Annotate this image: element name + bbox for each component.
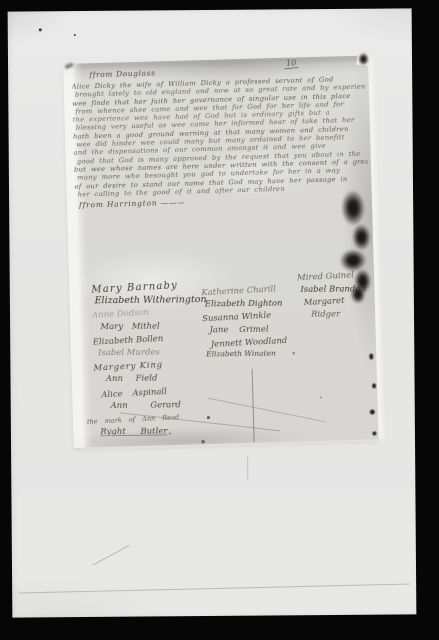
letter-heading: ffrom Douglass — [89, 68, 156, 79]
crease-line — [247, 456, 248, 480]
scratch-line — [208, 398, 326, 423]
speck-cluster — [63, 64, 64, 65]
crease-line — [18, 584, 410, 594]
manuscript-page: 10 ffrom Douglass Alice Dicky the wife o… — [63, 55, 379, 447]
dust-speck — [74, 34, 76, 36]
dust-speck — [39, 28, 42, 31]
edge-damage-blot — [341, 190, 366, 227]
letter-closing: ffrom Harrington ——— — [79, 198, 186, 210]
scratch-line — [92, 545, 129, 566]
edge-damage-blot — [350, 285, 366, 304]
edge-damage-speck — [372, 383, 376, 388]
letter-body: Alice Dicky the wife of William Dicky a … — [72, 75, 369, 199]
edge-damage-speck — [370, 409, 375, 414]
edge-damage-speck — [369, 353, 373, 359]
signature-column-middle: Katherine Charill Elizabeth Dighton Susa… — [201, 284, 288, 361]
signature: Ridger — [311, 308, 367, 321]
edge-damage-blot — [352, 223, 372, 251]
signature: Ryght Butler — [100, 425, 210, 439]
crease-line — [252, 369, 255, 442]
corner-scribble — [65, 62, 74, 69]
signature: Elizabeth Winaten — [206, 347, 291, 361]
page-number: 10 — [284, 58, 299, 69]
edge-damage-speck — [372, 431, 376, 435]
